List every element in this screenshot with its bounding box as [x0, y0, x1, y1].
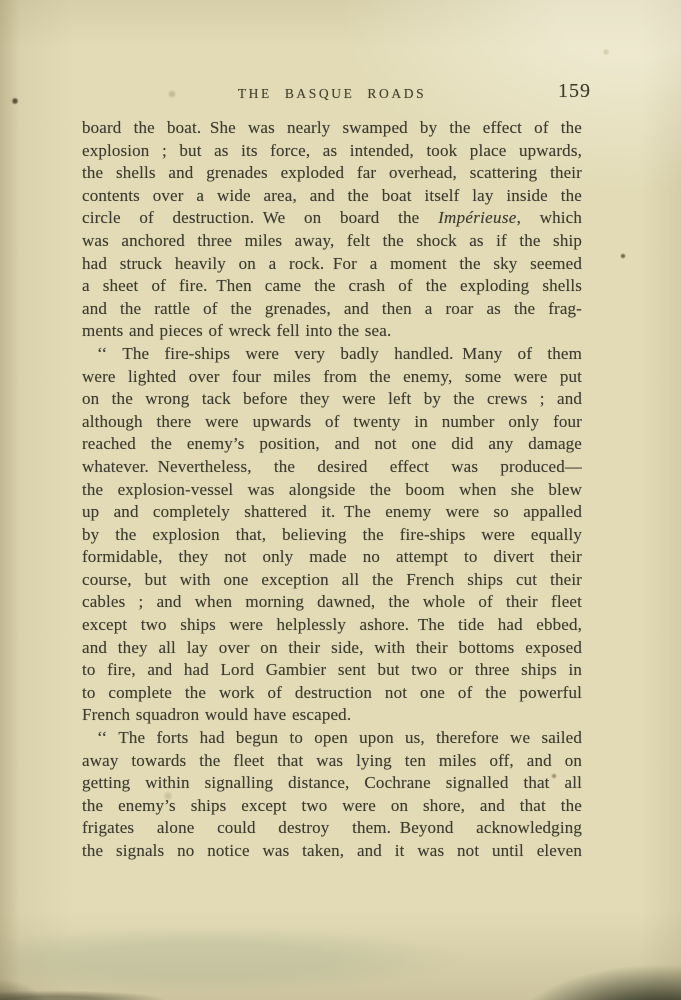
text-line: by the explosion that, believing the fir… — [82, 524, 582, 547]
text-line: reached the enemy’s position, and not on… — [82, 433, 582, 456]
page-text: board the boat. She was nearly swamped b… — [82, 117, 582, 863]
text-line: cables ; and when morning dawned, the wh… — [82, 591, 582, 614]
text-line: and they all lay over on their side, wit… — [82, 637, 582, 660]
text-line: was anchored three miles away, felt the … — [82, 230, 582, 253]
ship-name-italic: Impérieuse — [438, 208, 517, 227]
text-line: the shells and grenades exploded far ove… — [82, 162, 582, 185]
text-line: whatever. Nevertheless, the desired effe… — [82, 456, 582, 479]
running-header-title: THE BASQUE ROADS — [82, 86, 582, 102]
text-line: the enemy’s ships except two were on sho… — [82, 795, 582, 818]
text-line: up and completely shattered it. The enem… — [82, 501, 582, 524]
text-line: getting within signalling distance, Coch… — [82, 772, 582, 795]
text-line: a sheet of fire. Then came the crash of … — [82, 275, 582, 298]
text-line: frigates alone could destroy them. Beyon… — [82, 817, 582, 840]
text-line: circle of destruction. We on board the I… — [82, 207, 582, 230]
text-line: the signals no notice was taken, and it … — [82, 840, 582, 863]
text-line: French squadron would have escaped. — [82, 704, 582, 727]
text-line: contents over a wide area, and the boat … — [82, 185, 582, 208]
running-header: THE BASQUE ROADS 159 — [82, 83, 582, 107]
text-line: explosion ; but as its force, as intende… — [82, 140, 582, 163]
text-line: and the rattle of the grenades, and then… — [82, 298, 582, 321]
text-line: away towards the fleet that was lying te… — [82, 750, 582, 773]
text-line: on the wrong tack before they were left … — [82, 388, 582, 411]
text-line: course, but with one exception all the F… — [82, 569, 582, 592]
text-line: to complete the work of destruction not … — [82, 682, 582, 705]
text-line: were lighted over four miles from the en… — [82, 366, 582, 389]
text-line: formidable, they not only made no attemp… — [82, 546, 582, 569]
page-number: 159 — [558, 80, 591, 103]
text-line: board the boat. She was nearly swamped b… — [82, 117, 582, 140]
text-line: ‘‘ The forts had begun to open upon us, … — [82, 727, 582, 750]
text-line: to fire, and had Lord Gambier sent but t… — [82, 659, 582, 682]
book-page-scan: THE BASQUE ROADS 159 board the boat. She… — [0, 0, 681, 1000]
text-line: the explosion-vessel was alongside the b… — [82, 479, 582, 502]
text-line: ments and pieces of wreck fell into the … — [82, 320, 582, 343]
text-line: ‘‘ The fire-ships were very badly handle… — [82, 343, 582, 366]
text-line: except two ships were helplessly ashore.… — [82, 614, 582, 637]
text-line: although there were upwards of twenty in… — [82, 411, 582, 434]
text-line: had struck heavily on a rock. For a mome… — [82, 253, 582, 276]
